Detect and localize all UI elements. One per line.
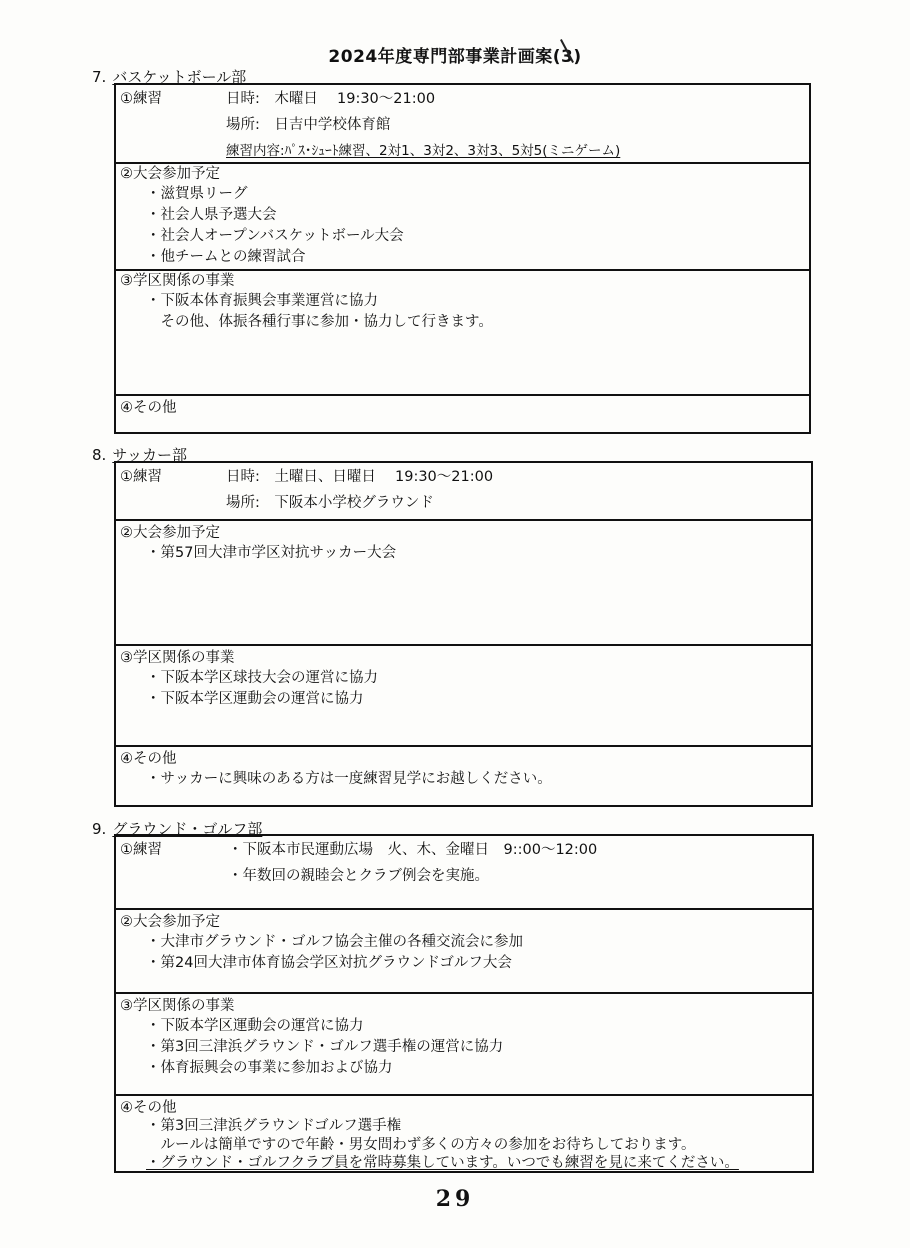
other-label: ④その他 (120, 1098, 177, 1118)
district-item: ・下阪本学区運動会の運営に協力 (146, 689, 364, 709)
other-item: ・第3回三津浜グラウンドゴルフ選手権 (146, 1116, 401, 1136)
tournament-item: ・第57回大津市学区対抗サッカー大会 (146, 543, 396, 563)
other-item: ルールは簡単ですので年齢・男女問わず多くの方々の参加をお待ちしております。 (146, 1135, 696, 1155)
other-item: ・サッカーに興味のある方は一度練習見学にお越しください。 (146, 769, 552, 789)
district-item: ・下阪本学区球技大会の運営に協力 (146, 668, 378, 688)
tournament-item: ・第24回大津市体育協会学区対抗グラウンドゴルフ大会 (146, 953, 512, 973)
practice-label: ①練習 (120, 89, 162, 109)
practice-location-schedule: ・下阪本市民運動広場 火、木、金曜日 9::00～12:00 (228, 840, 597, 860)
tournament-item: ・他チームとの練習試合 (146, 247, 306, 267)
practice-label: ①練習 (120, 467, 162, 487)
tournament-item: ・大津市グラウンド・ゴルフ協会主催の各種交流会に参加 (146, 932, 523, 952)
tournaments-label: ②大会参加予定 (120, 912, 220, 932)
page-number: 29 (0, 1186, 910, 1212)
district-item: ・第3回三津浜グラウンド・ゴルフ選手権の運営に協力 (146, 1037, 503, 1057)
practice-cell: ①練習 ・下阪本市民運動広場 火、木、金曜日 9::00～12:00 ・年数回の… (116, 836, 812, 908)
tournament-item: ・社会人県予選大会 (146, 205, 277, 225)
tournament-item: ・社会人オープンバスケットボール大会 (146, 226, 404, 246)
practice-datetime: 日時: 木曜日 19:30～21:00 (226, 89, 435, 109)
district-cell: ③学区関係の事業 ・下阪本学区運動会の運営に協力 ・第3回三津浜グラウンド・ゴル… (116, 992, 812, 1094)
tournament-item: ・滋賀県リーグ (146, 184, 248, 204)
practice-datetime: 日時: 土曜日、日曜日 19:30～21:00 (226, 467, 493, 487)
district-item: ・体育振興会の事業に参加および協力 (146, 1058, 393, 1078)
district-cell: ③学区関係の事業 ・下阪本学区球技大会の運営に協力 ・下阪本学区運動会の運営に協… (116, 644, 811, 745)
practice-location: 場所: 下阪本小学校グラウンド (226, 493, 434, 513)
other-item: ・グラウンド・ゴルフクラブ員を常時募集しています。いつでも練習を見に来てください… (146, 1153, 739, 1173)
practice-location: 場所: 日吉中学校体育館 (226, 115, 390, 135)
tournaments-label: ②大会参加予定 (120, 164, 220, 184)
district-label: ③学区関係の事業 (120, 271, 235, 291)
section-7-table: ①練習 日時: 木曜日 19:30～21:00 場所: 日吉中学校体育館 練習内… (114, 83, 811, 434)
district-label: ③学区関係の事業 (120, 648, 235, 668)
tournaments-cell: ②大会参加予定 ・第57回大津市学区対抗サッカー大会 (116, 519, 811, 644)
district-item: ・下阪本学区運動会の運営に協力 (146, 1016, 364, 1036)
practice-label: ①練習 (120, 840, 162, 860)
practice-note: ・年数回の親睦会とクラブ例会を実施。 (228, 866, 489, 886)
other-cell: ④その他 ・第3回三津浜グラウンドゴルフ選手権 ルールは簡単ですので年齢・男女問… (116, 1094, 812, 1171)
other-cell: ④その他 (116, 394, 809, 432)
tournaments-cell: ②大会参加予定 ・大津市グラウンド・ゴルフ協会主催の各種交流会に参加 ・第24回… (116, 908, 812, 992)
district-item: その他、体振各種行事に参加・協力して行きます。 (146, 312, 493, 332)
section-9-table: ①練習 ・下阪本市民運動広場 火、木、金曜日 9::00～12:00 ・年数回の… (114, 834, 814, 1173)
other-label: ④その他 (120, 749, 177, 769)
tournaments-label: ②大会参加予定 (120, 523, 220, 543)
practice-content: 練習内容:ﾊﾟｽ･ｼｭｰﾄ練習、2対1、3対2、3対3、5対5(ミニゲーム) (226, 141, 620, 161)
district-label: ③学区関係の事業 (120, 996, 235, 1016)
other-cell: ④その他 ・サッカーに興味のある方は一度練習見学にお越しください。 (116, 745, 811, 805)
section-number: 8. (92, 446, 106, 464)
tournaments-cell: ②大会参加予定 ・滋賀県リーグ ・社会人県予選大会 ・社会人オープンバスケットボ… (116, 162, 809, 269)
section-number: 7. (92, 68, 106, 86)
practice-cell: ①練習 日時: 土曜日、日曜日 19:30～21:00 場所: 下阪本小学校グラ… (116, 463, 811, 519)
document-title: 2024年度専門部事業計画案(3) (0, 42, 910, 67)
other-label: ④その他 (120, 398, 177, 418)
practice-cell: ①練習 日時: 木曜日 19:30～21:00 場所: 日吉中学校体育館 練習内… (116, 85, 809, 162)
district-cell: ③学区関係の事業 ・下阪本体育振興会事業運営に協力 その他、体振各種行事に参加・… (116, 269, 809, 394)
section-number: 9. (92, 820, 106, 838)
district-item: ・下阪本体育振興会事業運営に協力 (146, 291, 378, 311)
section-8-table: ①練習 日時: 土曜日、日曜日 19:30～21:00 場所: 下阪本小学校グラ… (114, 461, 813, 807)
